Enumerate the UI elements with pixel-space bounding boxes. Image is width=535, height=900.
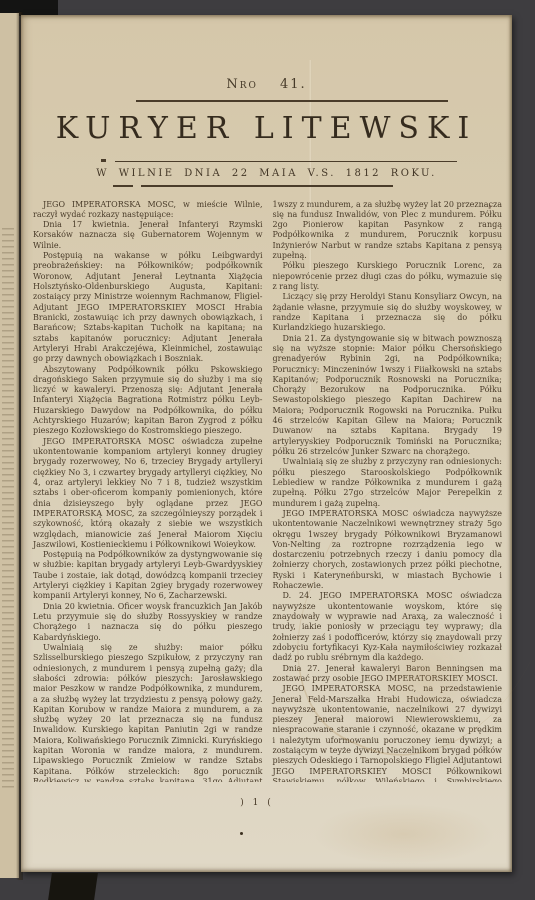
divider-rule-top: [136, 100, 448, 102]
ink-speck: [240, 832, 243, 835]
body-paragraph: JEGO IMPERATORSKA MOSC oświadcza zupełne…: [33, 437, 263, 550]
dateline: W WILNIE DNIA 22 MAIA V.S. 1812 ROKU.: [21, 168, 512, 179]
newspaper-page: Nro 41. KURYER LITEWSKI W WILNIE DNIA 22…: [21, 15, 512, 872]
body-paragraph: Abszytowany Podpółkownik półku Pskowskie…: [33, 365, 263, 437]
issue-number: Nro 41.: [21, 77, 512, 92]
divider-rule-segment: [141, 185, 393, 187]
left-column: JEGO IMPERATORSKA MOSC, w mieście Wilnie…: [33, 200, 263, 782]
divider-dash: [113, 185, 133, 187]
body-paragraph: Dnia 17 kwietnia. Jenerał Infanteryi Rzy…: [33, 220, 263, 251]
backdrop-corner-shadow-bottom: [48, 873, 98, 900]
body-paragraph: Dnia 21. Za dystyngowanie się w bitwach …: [273, 334, 503, 458]
body-paragraph: Liczący się przy Heroldyi Stanu Konsylia…: [273, 292, 503, 333]
water-stain-small: [314, 804, 494, 864]
body-paragraph: JEGO IMPERATORSKA MOSC, w mieście Wilnie…: [33, 200, 263, 221]
divider-rule-above-dateline: [115, 161, 457, 163]
previous-page-text-bleed: [2, 228, 14, 788]
body-paragraph: 1wszy z mundurem, a za służbę wyżey lat …: [273, 200, 503, 262]
body-paragraph: Dnia 20 kwietnia. Oficer woysk francuzki…: [33, 602, 263, 643]
body-paragraph: Półku pieszego Kurskiego Porucznik Loren…: [273, 261, 503, 292]
body-paragraph: Postępuią na wakanse w półku Leibgwardyi…: [33, 251, 263, 364]
body-paragraph: Uwalniaią się ze służby: maior półku Szl…: [33, 643, 263, 782]
body-paragraph: Postępuią na Podpółkowników za dystyngwo…: [33, 550, 263, 602]
photo-backdrop: Nro 41. KURYER LITEWSKI W WILNIE DNIA 22…: [0, 0, 535, 900]
masthead-title: KURYER LITEWSKI: [21, 111, 512, 146]
masthead-block: Nro 41. KURYER LITEWSKI W WILNIE DNIA 22…: [21, 77, 512, 187]
page-signature-mark: ) 1 (: [207, 798, 307, 808]
divider-rule-below-dateline: [113, 185, 512, 187]
